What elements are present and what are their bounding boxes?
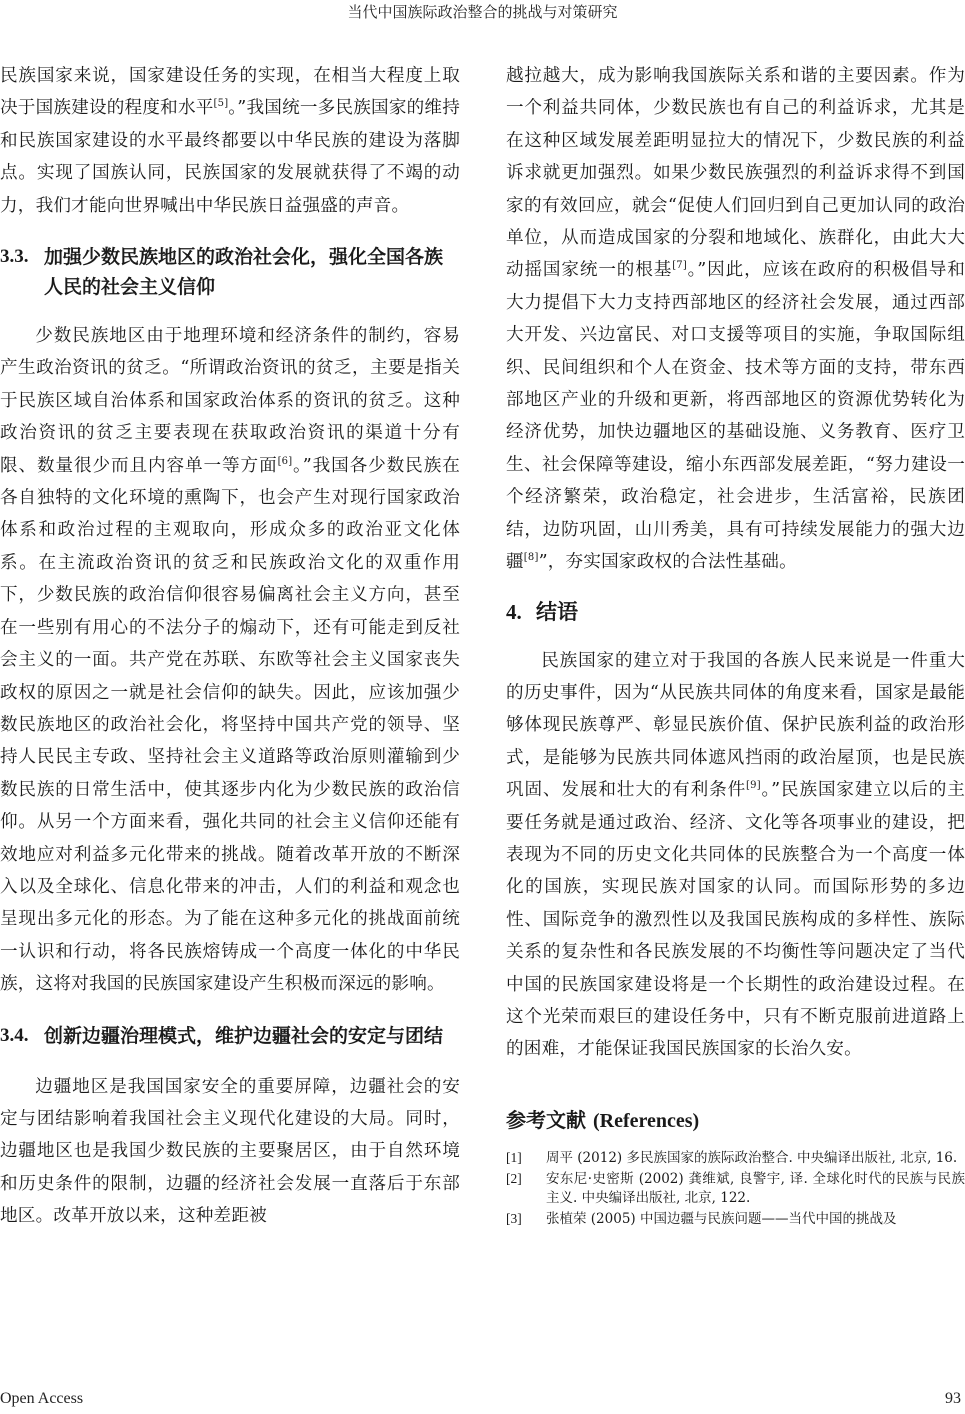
section-number: 4. <box>506 597 536 627</box>
reference-list: [1] 周平 (2012) 多民族国家的族际政治整合. 中央编译出版社, 北京,… <box>506 1149 965 1229</box>
references-title-zh: 参考文献 <box>506 1108 586 1132</box>
citation-9[interactable]: [9] <box>746 780 761 791</box>
paragraph-continued: 民族国家来说，国家建设任务的实现，在相当大程度上取决于国族建设的程度和水平[5]… <box>0 60 460 222</box>
section-title: 创新边疆治理模式，维护边疆社会的安定与团结 <box>44 1021 460 1051</box>
citation-8[interactable]: [8] <box>524 552 539 563</box>
footer-open-access: Open Access <box>0 1390 83 1408</box>
section-heading-3-4: 3.4. 创新边疆治理模式，维护边疆社会的安定与团结 <box>0 1021 460 1051</box>
reference-item: [1] 周平 (2012) 多民族国家的族际政治整合. 中央编译出版社, 北京,… <box>506 1149 965 1168</box>
text: 。”民族国家建立以后的主要任务就是通过政治、经济、文化等各项事业的建设，把表现为… <box>506 780 965 1059</box>
reference-text: 张植荣 (2005) 中国边疆与民族问题——当代中国的挑战及 <box>546 1210 965 1229</box>
section-number: 3.4. <box>0 1021 44 1051</box>
section-heading-3-3: 3.3. 加强少数民族地区的政治社会化，强化全国各族人民的社会主义信仰 <box>0 242 460 302</box>
paragraph-conclusion: 民族国家的建立对于我国的各族人民来说是一件重大的历史事件，因为“从民族共同体的角… <box>506 645 965 1066</box>
references-heading: 参考文献 (References) <box>506 1106 965 1135</box>
left-column: 民族国家来说，国家建设任务的实现，在相当大程度上取决于国族建设的程度和水平[5]… <box>0 60 460 1233</box>
citation-5[interactable]: [5] <box>214 99 229 110</box>
reference-index: [2] <box>506 1170 546 1207</box>
reference-text: 安东尼·史密斯 (2002) 龚维斌, 良警宇, 译. 全球化时代的民族与民族主… <box>546 1170 965 1207</box>
citation-7[interactable]: [7] <box>672 261 687 272</box>
section-title: 结语 <box>536 597 965 627</box>
page-number: 93 <box>945 1390 961 1408</box>
text: 少数民族地区由于地理环境和经济条件的制约，容易产生政治资讯的贫乏。“所谓政治资讯… <box>0 326 460 476</box>
reference-item: [2] 安东尼·史密斯 (2002) 龚维斌, 良警宇, 译. 全球化时代的民族… <box>506 1170 965 1207</box>
text: 越拉越大，成为影响我国族际关系和谐的主要因素。作为一个利益共同体，少数民族也有自… <box>506 66 965 280</box>
reference-index: [1] <box>506 1149 546 1168</box>
right-column: 越拉越大，成为影响我国族际关系和谐的主要因素。作为一个利益共同体，少数民族也有自… <box>506 60 965 1229</box>
section-heading-4: 4. 结语 <box>506 597 965 627</box>
paragraph-3-4: 边疆地区是我国国家安全的重要屏障，边疆社会的安定与团结影响着我国社会主义现代化建… <box>0 1071 460 1233</box>
text: 。”我国各少数民族在各自独特的文化环境的熏陶下，也会产生对现行国家政治体系和政治… <box>0 456 460 995</box>
paragraph-3-3: 少数民族地区由于地理环境和经济条件的制约，容易产生政治资讯的贫乏。“所谓政治资讯… <box>0 320 460 1001</box>
reference-text: 周平 (2012) 多民族国家的族际政治整合. 中央编译出版社, 北京, 16. <box>546 1149 965 1168</box>
running-header: 当代中国族际政治整合的挑战与对策研究 <box>0 2 965 22</box>
text: 。”因此，应该在政府的积极倡导和大力提倡下大力支持西部地区的经济社会发展，通过西… <box>506 260 965 572</box>
text: 民族国家的建立对于我国的各族人民来说是一件重大的历史事件，因为“从民族共同体的角… <box>506 651 965 801</box>
reference-index: [3] <box>506 1210 546 1229</box>
citation-6[interactable]: [6] <box>278 456 293 467</box>
section-number: 3.3. <box>0 242 44 302</box>
references-title-en: (References) <box>593 1110 699 1132</box>
section-title: 加强少数民族地区的政治社会化，强化全国各族人民的社会主义信仰 <box>44 242 460 302</box>
text: ”，夯实国家政权的合法性基础。 <box>539 552 797 572</box>
paragraph-continued-right: 越拉越大，成为影响我国族际关系和谐的主要因素。作为一个利益共同体，少数民族也有自… <box>506 60 965 579</box>
reference-item: [3] 张植荣 (2005) 中国边疆与民族问题——当代中国的挑战及 <box>506 1210 965 1229</box>
